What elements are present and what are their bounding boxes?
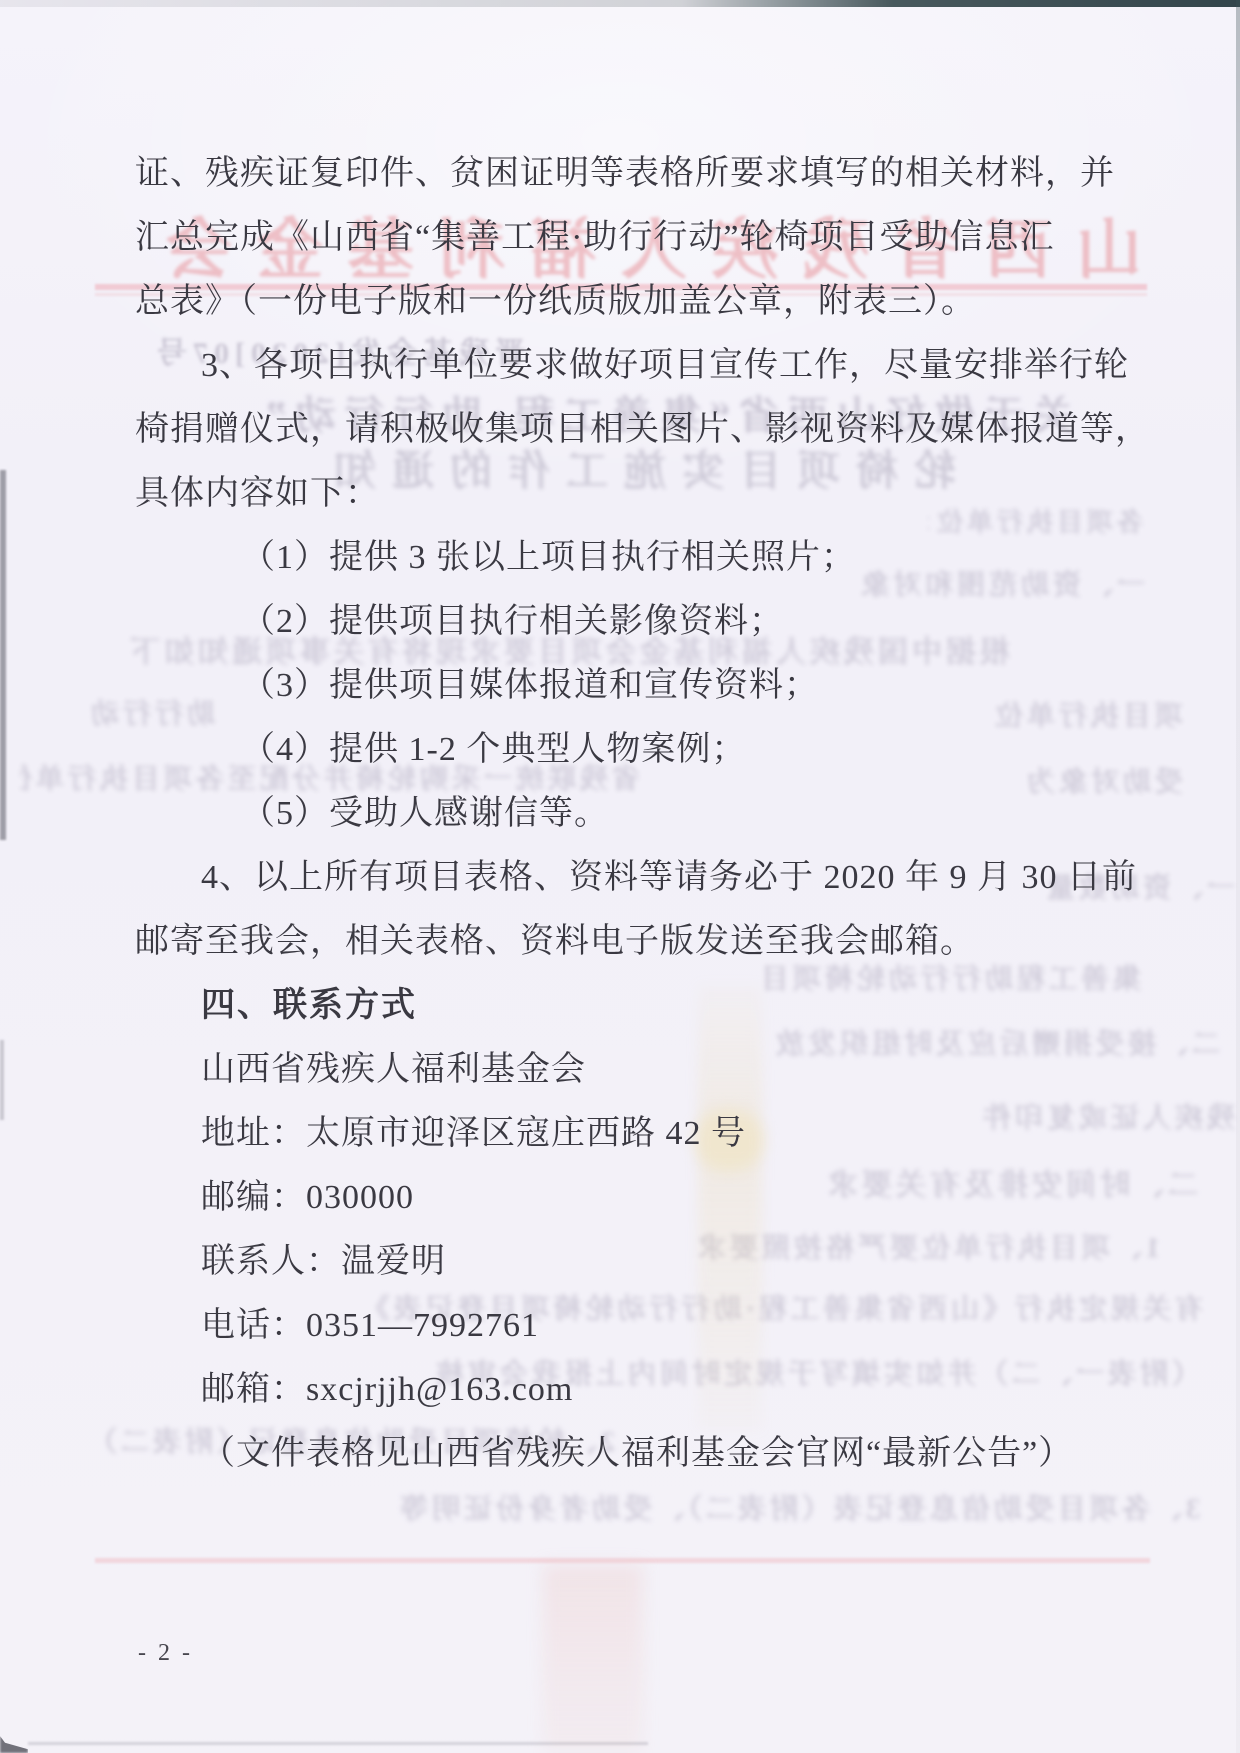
- body-text-line: 邮寄至我会，相关表格、资料电子版发送至我会邮箱。: [135, 910, 1120, 974]
- body-text-line: 山西省残疾人福利基金会: [135, 1038, 1120, 1102]
- scan-edge-bottom-shadow: [28, 1742, 648, 1745]
- body-text-line: 具体内容如下：: [135, 462, 1120, 526]
- body-text-line: 4、以上所有项目表格、资料等请务必于 2020 年 9 月 30 日前: [135, 846, 1120, 910]
- body-text-line: （2）提供项目执行相关影像资料；: [135, 590, 1120, 654]
- body-text-line: 汇总完成《山西省“集善工程·助行行动”轮椅项目受助信息汇: [135, 206, 1120, 270]
- scanned-document-page: 山西省残疾人福利基金会 晋残基金发[2020]07号 关于做好山西省“集善工程·…: [0, 0, 1240, 1753]
- body-text-line: 联系人：温爱明: [135, 1230, 1120, 1294]
- scan-edge-top: [0, 0, 1240, 7]
- scan-corner-bottom-left: [0, 1736, 28, 1753]
- body-text-line: 四、联系方式: [135, 974, 1120, 1038]
- bleed-through-bottom-rule: [95, 1558, 1150, 1563]
- body-text-line: （1）提供 3 张以上项目执行相关照片；: [135, 526, 1120, 590]
- body-text-line: 总表》（一份电子版和一份纸质版加盖公章，附表三）。: [135, 270, 1120, 334]
- body-text-line: 邮箱：sxcjrjjh@163.com: [135, 1358, 1120, 1422]
- body-text-line: 证、残疾证复印件、贫困证明等表格所要求填写的相关材料，并: [135, 142, 1120, 206]
- body-text-line: （5）受助人感谢信等。: [135, 782, 1120, 846]
- body-text-line: （4）提供 1-2 个典型人物案例；: [135, 718, 1120, 782]
- body-text-line: 邮编：030000: [135, 1166, 1120, 1230]
- bleed-through-text-row: 3、各项目受助信息登记表（附表二）、受助者身份证明等: [85, 1487, 1200, 1527]
- page-number: - 2 -: [138, 1640, 193, 1667]
- scan-edge-left-smudge-2: [0, 1040, 4, 1120]
- scan-edge-left-smudge: [0, 470, 6, 840]
- paper-crease-streak-bottom: [543, 1565, 643, 1753]
- document-body-text: 证、残疾证复印件、贫困证明等表格所要求填写的相关材料，并汇总完成《山西省“集善工…: [135, 142, 1120, 1486]
- body-text-line: 地址：太原市迎泽区寇庄西路 42 号: [135, 1102, 1120, 1166]
- body-text-line: 电话：0351—7992761: [135, 1294, 1120, 1358]
- body-text-line: （文件表格见山西省残疾人福利基金会官网“最新公告”）: [135, 1422, 1120, 1486]
- body-text-line: 3、各项目执行单位要求做好项目宣传工作，尽量安排举行轮: [135, 334, 1120, 398]
- body-text-line: 椅捐赠仪式，请积极收集项目相关图片、影视资料及媒体报道等，: [135, 398, 1120, 462]
- body-text-line: （3）提供项目媒体报道和宣传资料；: [135, 654, 1120, 718]
- scan-edge-right: [1236, 0, 1240, 1753]
